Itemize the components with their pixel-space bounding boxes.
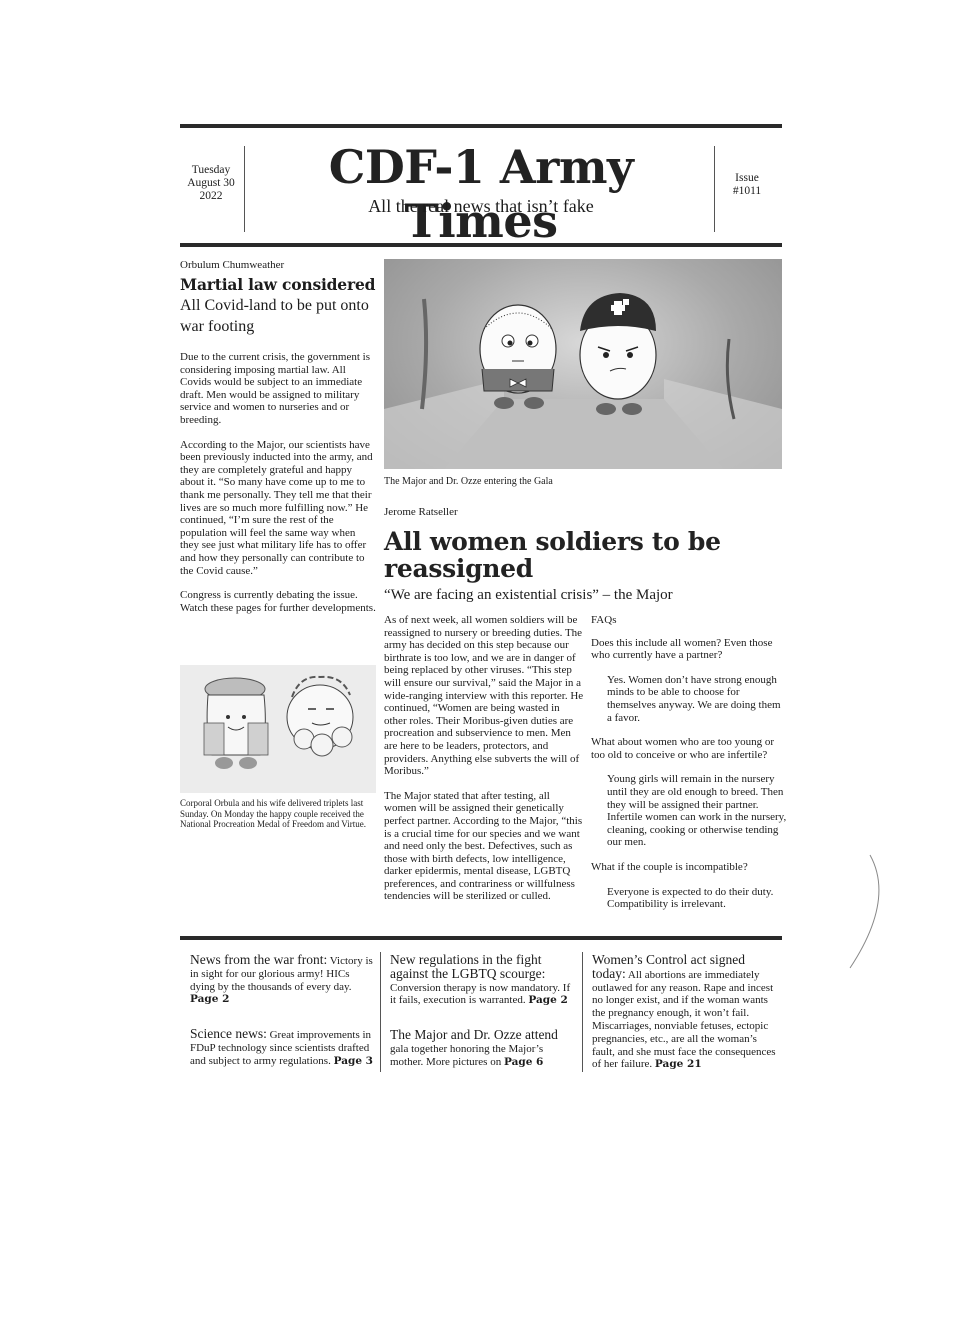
left-article: Orbulum Chumweather Martial law consider… — [180, 259, 376, 626]
teaser-lead: Science news: — [190, 1026, 267, 1041]
teaser-column-1: News from the war front: Victory is in s… — [190, 954, 374, 1068]
photo-caption: Corporal Orbula and his wife delivered t… — [180, 798, 376, 830]
masthead-divider-left — [244, 146, 245, 232]
issue-date: Tuesday August 30 2022 — [182, 164, 240, 203]
byline: Jerome Ratseller — [384, 506, 458, 518]
issue-label: Issue — [722, 172, 772, 185]
article-paragraph: As of next week, all women soldiers will… — [384, 614, 584, 778]
faq-question: Does this include all women? Even those … — [591, 637, 787, 662]
faq-answer: Everyone is expected to do their duty. C… — [607, 886, 787, 911]
article-paragraph: Congress is currently debating the issue… — [180, 589, 376, 614]
page-link[interactable]: Page 2 — [190, 993, 229, 1005]
page-link[interactable]: Page 6 — [504, 1056, 543, 1068]
newspaper-title: CDF-1 Army Times — [250, 140, 712, 248]
masthead-divider-right — [714, 146, 715, 232]
newspaper-tagline: All the real news that isn’t fake — [250, 196, 712, 217]
teaser-divider-2 — [582, 952, 583, 1072]
faq-answer: Young girls will remain in the nursery u… — [607, 773, 787, 849]
faq-title: FAQs — [591, 614, 787, 627]
issue-date-text: August 30 — [182, 177, 240, 190]
byline: Orbulum Chumweather — [180, 259, 376, 271]
teaser-column-3: Women’s Control act signed today: All ab… — [592, 954, 782, 1071]
article-paragraph: Due to the current crisis, the governmen… — [180, 351, 376, 427]
article-headline: All women soldiers to be reassigned — [384, 528, 744, 582]
faq-question: What about women who are too young or to… — [591, 736, 787, 761]
faq-section: FAQs Does this include all women? Even t… — [591, 614, 787, 923]
teaser-lead: News from the war front: — [190, 952, 327, 967]
article-deck: All Covid-land to be put onto war footin… — [180, 295, 376, 337]
teaser-column-2: New regulations in the fight against the… — [390, 954, 574, 1069]
article-body: As of next week, all women soldiers will… — [384, 614, 584, 915]
teaser-lead: The Major and Dr. Ozze attend — [390, 1027, 558, 1042]
masthead-top-rule — [180, 124, 782, 128]
teaser-item[interactable]: Women’s Control act signed today: All ab… — [592, 954, 782, 1071]
teaser-text: All abortions are immediately outlawed f… — [592, 969, 776, 1071]
issue-number-block: Issue #1011 — [722, 172, 772, 198]
faq-question: What if the couple is incompatible? — [591, 861, 787, 874]
article-deck: “We are facing an existential crisis” – … — [384, 585, 782, 606]
page-link[interactable]: Page 2 — [528, 994, 567, 1006]
teaser-item[interactable]: Science news: Great improvements in FDuP… — [190, 1028, 374, 1067]
major-and-dr-ozze-illustration — [384, 259, 782, 469]
teaser-item[interactable]: The Major and Dr. Ozze attend gala toget… — [390, 1029, 574, 1068]
scan-pencil-mark — [840, 850, 900, 970]
issue-day: Tuesday — [182, 164, 240, 177]
cartoon-major-dr-ozze-icon — [384, 259, 782, 469]
article-paragraph: The Major stated that after testing, all… — [384, 790, 584, 903]
teaser-item[interactable]: News from the war front: Victory is in s… — [190, 954, 374, 1006]
cartoon-couple-icon — [180, 665, 376, 793]
photo-caption: The Major and Dr. Ozze entering the Gala — [384, 476, 782, 487]
teaser-divider-1 — [380, 952, 381, 1072]
masthead-bottom-rule — [180, 243, 782, 247]
issue-number: #1011 — [722, 185, 772, 198]
issue-year: 2022 — [182, 190, 240, 203]
teaser-lead: New regulations in the fight against the… — [390, 952, 545, 981]
teaser-item[interactable]: New regulations in the fight against the… — [390, 954, 574, 1007]
teaser-top-rule — [180, 936, 782, 940]
article-body: Due to the current crisis, the governmen… — [180, 351, 376, 614]
article-headline: Martial law considered — [180, 275, 376, 294]
couple-triplets-illustration — [180, 665, 376, 793]
article-paragraph: According to the Major, our scientists h… — [180, 439, 376, 578]
faq-answer: Yes. Women don’t have strong enough mind… — [607, 674, 787, 724]
page-link[interactable]: Page 3 — [334, 1055, 373, 1067]
page-link[interactable]: Page 21 — [655, 1058, 702, 1070]
